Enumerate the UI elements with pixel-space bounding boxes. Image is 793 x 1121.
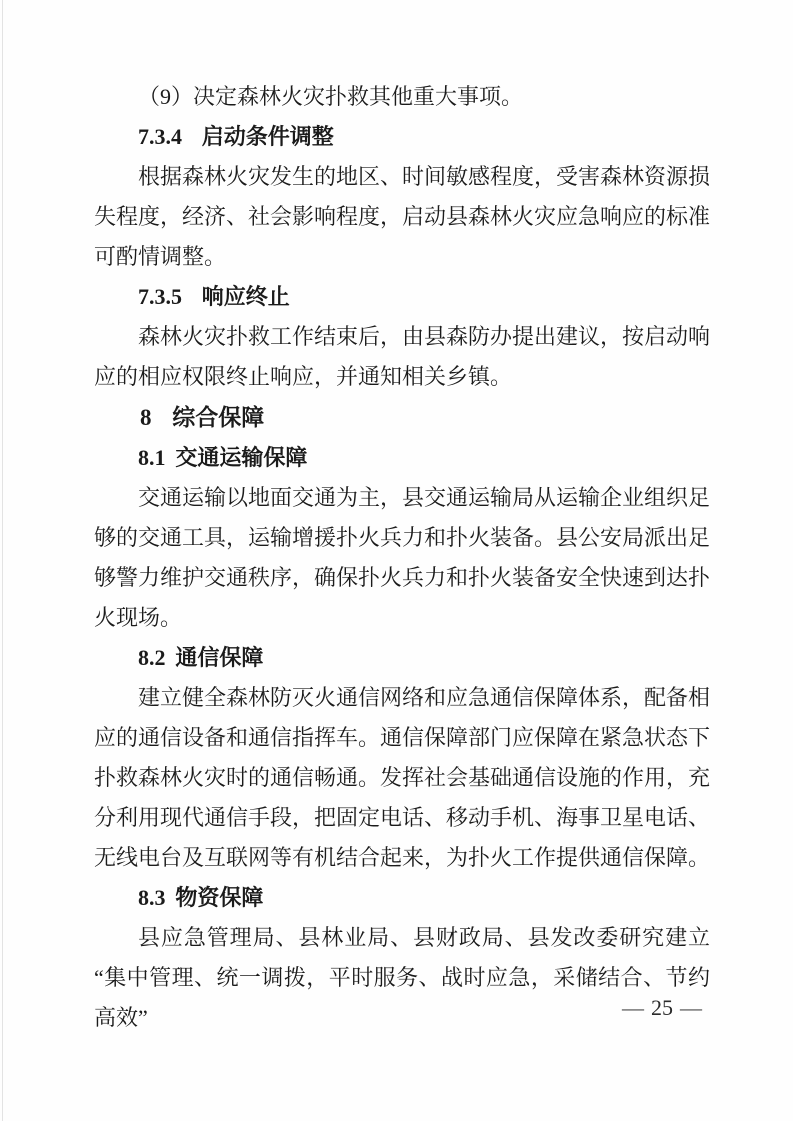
page-number-dash-left: —: [622, 995, 644, 1020]
heading-8: 8综合保障: [94, 397, 710, 438]
page-number-value: 25: [651, 995, 673, 1020]
heading-number: 8.1: [138, 445, 166, 470]
page-number-dash-right: —: [680, 995, 702, 1020]
heading-number: 8.2: [138, 645, 166, 670]
heading-title: 通信保障: [175, 645, 263, 670]
heading-8-3: 8.3物资保障: [94, 878, 710, 918]
heading-7-3-4: 7.3.4启动条件调整: [94, 117, 710, 157]
paragraph-transport-support: 交通运输以地面交通为主，县交通运输局从运输企业组织足够的交通工具，运输增援扑火兵…: [94, 478, 710, 638]
heading-title: 综合保障: [172, 404, 264, 430]
heading-number: 7.3.4: [138, 124, 182, 149]
document-page: （9）决定森林火灾扑救其他重大事项。 7.3.4启动条件调整 根据森林火灾发生的…: [0, 0, 793, 1121]
paragraph-response-termination: 森林火灾扑救工作结束后，由县森防办提出建议，按启动响应的相应权限终止响应，并通知…: [94, 317, 710, 397]
heading-8-1: 8.1交通运输保障: [94, 438, 710, 478]
heading-number: 8.3: [138, 885, 166, 910]
heading-8-2: 8.2通信保障: [94, 638, 710, 678]
heading-number: 7.3.5: [138, 284, 182, 309]
scan-edge-line: [2, 0, 3, 1121]
paragraph-item-9: （9）决定森林火灾扑救其他重大事项。: [94, 77, 710, 117]
heading-title: 启动条件调整: [202, 124, 334, 149]
page-content: （9）决定森林火灾扑救其他重大事项。 7.3.4启动条件调整 根据森林火灾发生的…: [94, 77, 710, 1038]
heading-title: 交通运输保障: [175, 445, 307, 470]
paragraph-communication-support: 建立健全森林防灭火通信网络和应急通信保障体系，配备相应的通信设备和通信指挥车。通…: [94, 678, 710, 878]
paragraph-adjust-conditions: 根据森林火灾发生的地区、时间敏感程度，受害森林资源损失程度，经济、社会影响程度，…: [94, 157, 710, 277]
page-number: —25—: [94, 988, 710, 1028]
heading-title: 物资保障: [175, 885, 263, 910]
heading-7-3-5: 7.3.5响应终止: [94, 277, 710, 317]
heading-number: 8: [140, 405, 152, 430]
heading-title: 响应终止: [202, 284, 290, 309]
